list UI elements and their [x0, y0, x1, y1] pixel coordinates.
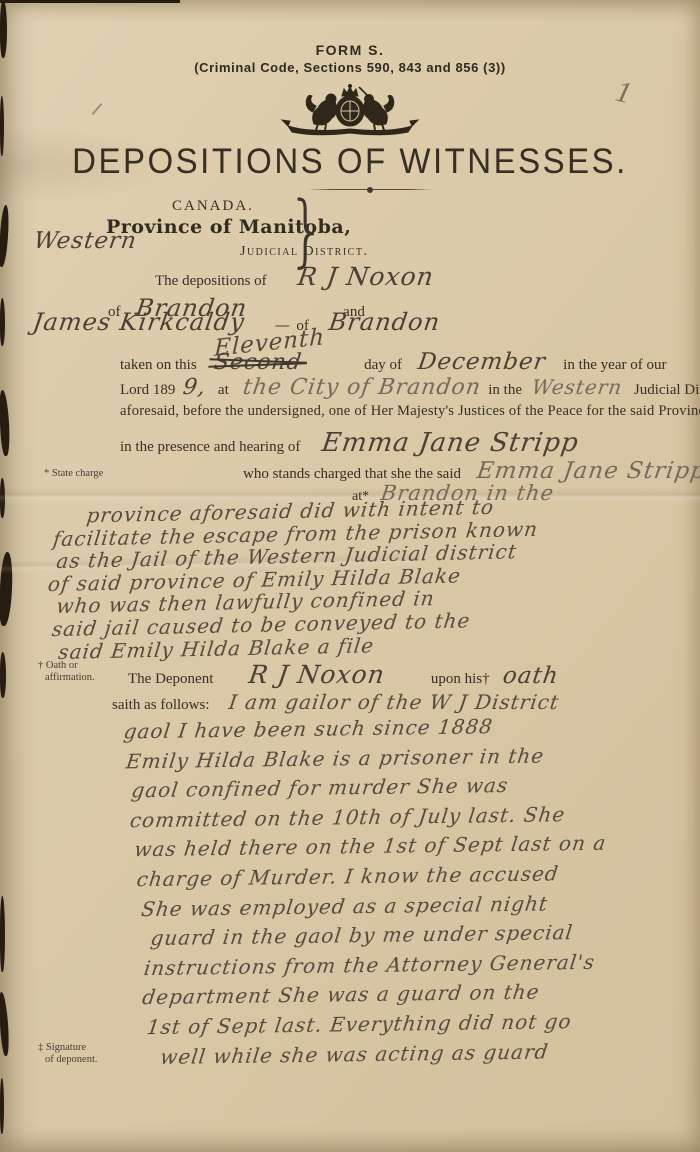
- margin-note-oath-line2: affirmation.: [45, 672, 95, 684]
- saith-label: saith as follows:: [112, 697, 210, 713]
- deponent2-name: James Kirkcaldy: [31, 308, 247, 336]
- deponent1-name: R J Noxon: [296, 262, 436, 291]
- deponent-name-handwritten: R J Noxon: [247, 660, 387, 689]
- royal-coat-of-arms-icon: [280, 84, 420, 141]
- presence-line: in the presence and hearing of Emma Jane…: [120, 428, 579, 458]
- saith-line: saith as follows: I am gailor of the W J…: [112, 690, 559, 714]
- deponent2-place: Brandon: [327, 308, 442, 336]
- country-label: CANADA.: [172, 198, 254, 215]
- margin-note-signature-line1: ‡ Signature: [38, 1042, 98, 1054]
- deposition-first-line: I am gailor of the W J District: [228, 690, 561, 714]
- day-of-label: day of: [364, 357, 402, 373]
- day-struck-handwritten: Second: [213, 350, 304, 375]
- taken-on-label: taken on this: [120, 357, 197, 373]
- charged-label: who stands charged that she the said: [243, 466, 461, 482]
- district2-handwritten: Western: [530, 375, 624, 399]
- deposition-handwritten-block: gaol I have been such since 1888Emily Hi…: [124, 711, 610, 1073]
- judicial-district2-label: Judicial District: [634, 382, 700, 398]
- form-number: FORM S.: [0, 42, 700, 58]
- charge-handwritten-block: province aforesaid did with intent tofac…: [46, 495, 540, 663]
- place-handwritten: the City of Brandon: [241, 375, 483, 400]
- accused-name: Emma Jane Stripp: [320, 428, 581, 458]
- margin-note-oath: † Oath or affirmation.: [38, 660, 95, 684]
- pencil-mark: [92, 103, 103, 115]
- aforesaid-line: aforesaid, before the undersigned, one o…: [120, 403, 700, 420]
- depositions-of-line: The depositions of R J Noxon: [155, 262, 434, 291]
- margin-note-oath-line1: † Oath or: [38, 660, 95, 672]
- year-phrase: in the year of our: [563, 357, 666, 373]
- at-label: at: [218, 382, 229, 398]
- lord-year-line: Lord 189 9, at the City of Brandon in th…: [120, 375, 700, 400]
- presence-label: in the presence and hearing of: [120, 439, 300, 455]
- deponent-line: The Deponent R J Noxon upon his† oath: [128, 660, 559, 689]
- in-the-label: in the: [488, 382, 522, 398]
- criminal-code-reference: (Criminal Code, Sections 590, 843 and 85…: [0, 60, 700, 75]
- judicial-district-label: Judicial District.: [240, 244, 368, 260]
- document-title: DEPOSITIONS OF WITNESSES.: [0, 140, 700, 181]
- month-handwritten: December: [416, 349, 547, 375]
- taken-on-line: taken on this Second day of December in …: [120, 349, 666, 375]
- deponent2-line: James Kirkcaldy — of Brandon: [33, 308, 440, 336]
- margin-note-signature: ‡ Signature of deponent.: [38, 1042, 98, 1066]
- lord-label: Lord 189: [120, 382, 175, 398]
- depositions-of-label: The depositions of: [155, 273, 267, 289]
- upon-his-label: upon his†: [431, 671, 490, 687]
- margin-note-signature-line2: of deponent.: [45, 1054, 98, 1066]
- margin-note-state-charge: * State charge: [44, 468, 103, 480]
- oath-handwritten: oath: [502, 663, 561, 689]
- judicial-district-handwritten: Western: [32, 228, 138, 254]
- page-number-pencil: 1: [612, 75, 635, 112]
- document-page: 1 FORM S. (Criminal Code, Sections 590, …: [0, 0, 700, 1152]
- year-digit-handwritten: 9,: [181, 375, 208, 400]
- deponent-label: The Deponent: [128, 671, 213, 687]
- deposition-line: well while she was acting as guard: [158, 1036, 611, 1072]
